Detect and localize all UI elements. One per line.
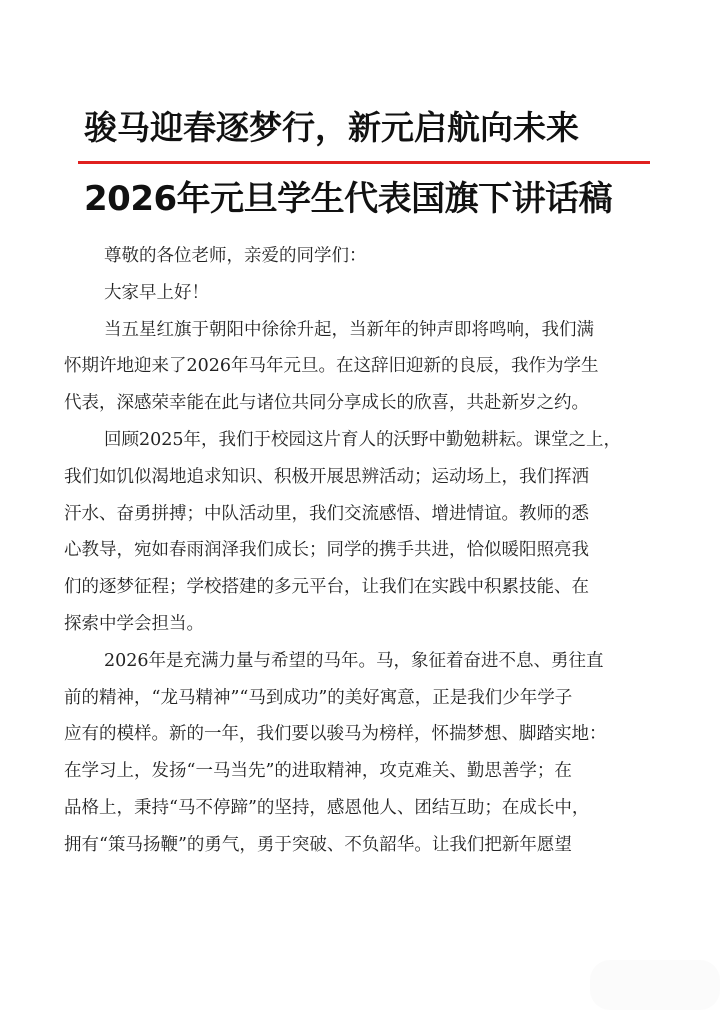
subtitle: 2026年元旦学生代表国旗下讲话稿 xyxy=(84,176,654,222)
red-divider-rule xyxy=(78,161,650,164)
speech-body: 尊敬的各位老师，亲爱的同学们： 大家早上好！ 当五星红旗于朝阳中徐徐升起，当新年… xyxy=(64,238,684,864)
body-line: 在学习上，发扬“一马当先”的进取精神，攻克难关、勤思善学；在 xyxy=(64,753,684,790)
body-line: 汗水、奋勇拼搏；中队活动里，我们交流感悟、增进情谊。教师的悉 xyxy=(64,496,684,533)
body-line: 2026年是充满力量与希望的马年。马，象征着奋进不息、勇往直 xyxy=(64,643,684,680)
body-line: 应有的模样。新的一年，我们要以骏马为榜样，怀揣梦想、脚踏实地： xyxy=(64,716,684,753)
body-line: 当五星红旗于朝阳中徐徐升起，当新年的钟声即将鸣响，我们满 xyxy=(64,312,684,349)
body-line: 大家早上好！ xyxy=(64,275,684,312)
body-line: 探索中学会担当。 xyxy=(64,606,684,643)
blurred-watermark xyxy=(590,960,720,1010)
body-line: 品格上，秉持“马不停蹄”的坚持，感恩他人、团结互助；在成长中， xyxy=(64,790,684,827)
main-title: 骏马迎春逐梦行，新元启航向未来 xyxy=(84,106,644,150)
body-line: 拥有“策马扬鞭”的勇气，勇于突破、不负韶华。让我们把新年愿望 xyxy=(64,827,684,864)
body-line: 前的精神，“龙马精神”“马到成功”的美好寓意，正是我们少年学子 xyxy=(64,680,684,717)
body-line: 我们如饥似渴地追求知识、积极开展思辨活动；运动场上，我们挥洒 xyxy=(64,459,684,496)
body-line: 们的逐梦征程；学校搭建的多元平台，让我们在实践中积累技能、在 xyxy=(64,569,684,606)
body-line: 尊敬的各位老师，亲爱的同学们： xyxy=(64,238,684,275)
body-line: 代表，深感荣幸能在此与诸位共同分享成长的欣喜，共赴新岁之约。 xyxy=(64,385,684,422)
document-page: 骏马迎春逐梦行，新元启航向未来 2026年元旦学生代表国旗下讲话稿 尊敬的各位老… xyxy=(0,0,724,1024)
body-line: 心教导，宛如春雨润泽我们成长；同学的携手共进，恰似暖阳照亮我 xyxy=(64,532,684,569)
body-line: 怀期许地迎来了2026年马年元旦。在这辞旧迎新的良辰，我作为学生 xyxy=(64,348,684,385)
body-line: 回顾2025年，我们于校园这片育人的沃野中勤勉耕耘。课堂之上， xyxy=(64,422,684,459)
